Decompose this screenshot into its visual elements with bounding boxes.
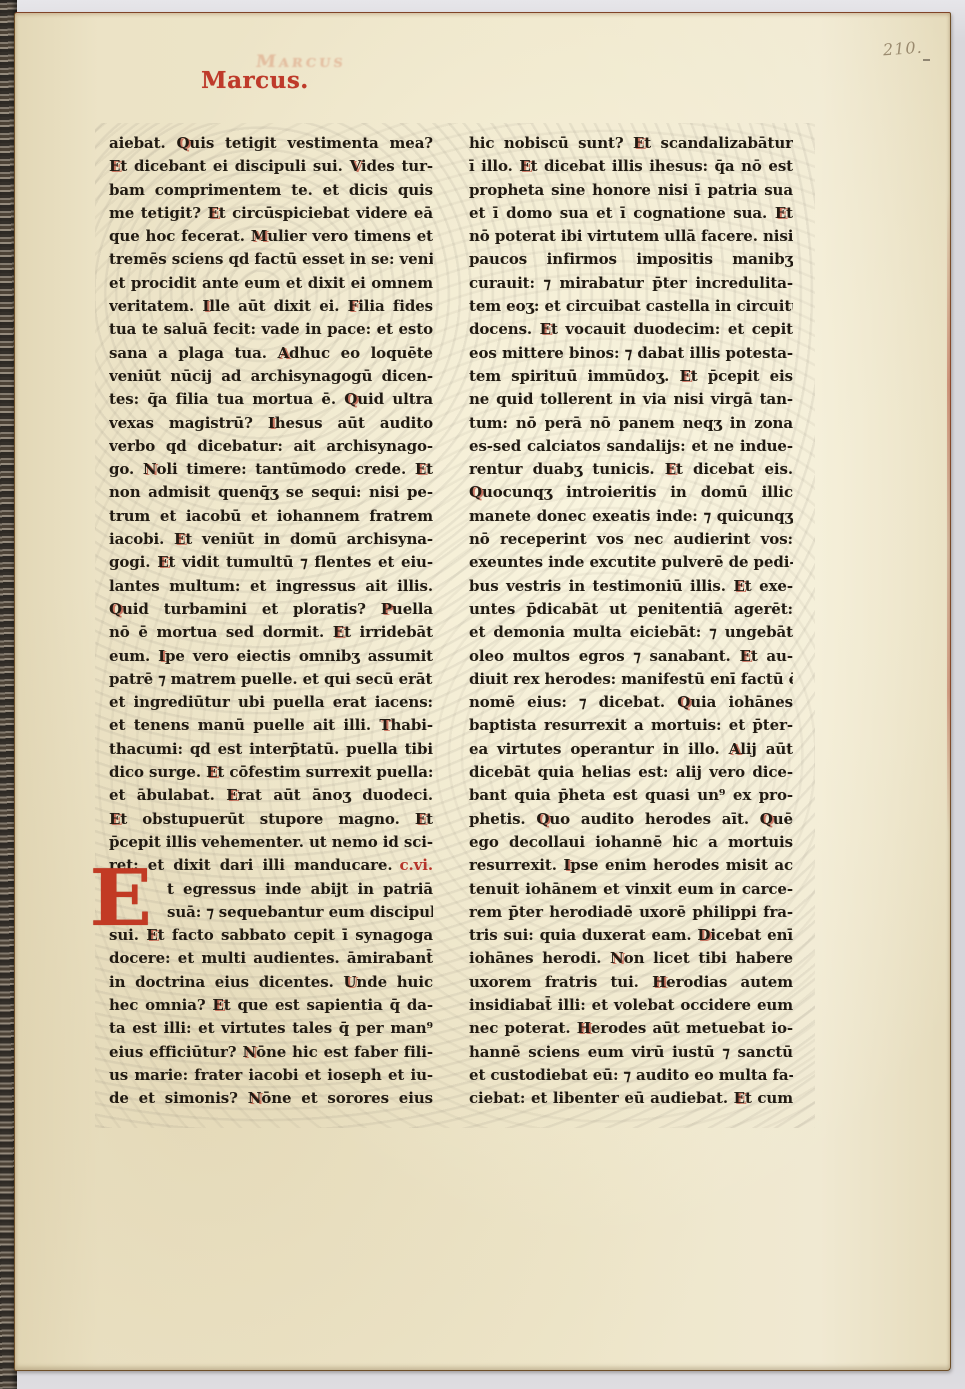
text-line: tes: q̄a filia tua mortua ē. Quid ultra [109, 388, 433, 411]
text-line: et demonia multa eiciebāt: ⁊ ungebāt [469, 621, 793, 644]
text-line: exeuntes inde excutite pulverē de pedi- [469, 551, 793, 574]
text-line: patrē ⁊ matrem puelle. et qui secū erāt: [109, 668, 433, 691]
text-line: et procidit ante eum et dixit ei omnem [109, 272, 433, 295]
text-line: sana a plaga tua. Adhuc eo loquēte [109, 342, 433, 365]
text-line: nec poterat. Herodes aūt metuebat io- [469, 1017, 793, 1040]
vellum-page: Marcus Marcus. 210. E aiebat. Quis tetig… [14, 12, 951, 1371]
text-line: paucos infirmos impositis manibʒ [469, 248, 793, 271]
text-line: t egressus inde abijt in patriā [109, 878, 433, 901]
text-line: tem eoʒ: et circuibat castella in circui… [469, 295, 793, 318]
text-line: non admisit quenq̄ʒ se sequi: nisi pe- [109, 481, 433, 504]
text-line: insidiabat̄ illi: et volebat occidere eu… [469, 994, 793, 1017]
text-line: baptista resurrexit a mortuis: et p̄ter- [469, 714, 793, 737]
column-left: E aiebat. Quis tetigit vestimenta mea?Et… [109, 132, 433, 1110]
text-line: bam comprimentem te. et dicis quis [109, 179, 433, 202]
text-line: diuit rex herodes: manifestū enī factū ē [469, 668, 793, 691]
text-line: me tetigit? Et circūspiciebat videre eā [109, 202, 433, 225]
text-line: nō poterat ibi virtutem ullā facere. nis… [469, 225, 793, 248]
text-line: ī illo. Et dicebat illis ihesus: q̄a nō … [469, 155, 793, 178]
red-stained-edge [947, 193, 951, 833]
text-line: gogi. Et vidit tumultū ⁊ flentes et eiu- [109, 551, 433, 574]
running-title-ghost-offset: Marcus [200, 52, 402, 72]
text-line: suā: ⁊ sequebantur eum discipuli [109, 901, 433, 924]
text-line: docens. Et vocauit duodecim: et cepit [469, 318, 793, 341]
text-line: sui. Et facto sabbato cepit ī synagoga [109, 924, 433, 947]
text-line: et ābulabat. Erat aūt ānoʒ duodeci. [109, 784, 433, 807]
text-line: eius efficiūtur? Nōne hic est faber fili… [109, 1041, 433, 1064]
text-line: que hoc fecerat. Mulier vero timens et [109, 225, 433, 248]
text-line: phetis. Quo audito herodes aīt. Quē [469, 808, 793, 831]
text-line: de et simonis? Nōne et sorores eius [109, 1087, 433, 1110]
text-line: nō ē mortua sed dormit. Et irridebāt [109, 621, 433, 644]
text-line: Et obstupuerūt stupore magno. Et [109, 808, 433, 831]
text-line: tremēs sciens qd factū esset in se: veni… [109, 248, 433, 271]
text-line: eum. Ipe vero eiectis omnibʒ assumit [109, 645, 433, 668]
folio-number: 210. [882, 38, 923, 60]
text-line: docere: et multi audientes. āmirabant̄ [109, 947, 433, 970]
text-line: curauit: ⁊ mirabatur p̄ter incredulita- [469, 272, 793, 295]
text-line: go. Noli timere: tantūmodo crede. Et [109, 458, 433, 481]
text-line: uxorem fratris tui. Herodias autem [469, 971, 793, 994]
text-line: rentur duabʒ tunicis. Et dicebat eis. [469, 458, 793, 481]
text-line: us marie: frater iacobi et ioseph et iu- [109, 1064, 433, 1087]
text-line: tenuit iohānem et vinxit eum in carce- [469, 878, 793, 901]
manuscript-scan: Marcus Marcus. 210. E aiebat. Quis tetig… [0, 0, 965, 1389]
text-line: vexas magistrū? Ihesus aūt audito [109, 412, 433, 435]
text-line: untes p̄dicabāt ut penitentiā agerēt: [469, 598, 793, 621]
text-line: oleo multos egros ⁊ sanabant. Et au- [469, 645, 793, 668]
text-line: resurrexit. Ipse enim herodes misit ac [469, 854, 793, 877]
text-line: tua te saluā fecit: vade in pace: et est… [109, 318, 433, 341]
text-line: hec omnia? Et que est sapientia q̄ da- [109, 994, 433, 1017]
text-line: et ingrediūtur ubi puella erat iacens: [109, 691, 433, 714]
running-title: Marcus Marcus. [15, 67, 495, 94]
text-line: tris sui: quia duxerat eam. Dicebat enī [469, 924, 793, 947]
text-line: Quocunqʒ introieritis in domū illic [469, 481, 793, 504]
text-line: manete donec exeatis inde: ⁊ quicunqʒ [469, 505, 793, 528]
text-line: hannē sciens eum virū iustū ⁊ sanctū [469, 1041, 793, 1064]
text-line: propheta sine honore nisi ī patria sua [469, 179, 793, 202]
text-line: verbo qd dicebatur: ait archisynago- [109, 435, 433, 458]
text-line: ta est illi: et virtutes tales q̄ per ma… [109, 1017, 433, 1040]
text-line: iohānes herodi. Non licet tibi habere [469, 947, 793, 970]
text-line: dico surge. Et cōfestim surrexit puella: [109, 761, 433, 784]
text-line: bant quia p̄heta est quasi un⁹ ex pro- [469, 784, 793, 807]
text-line: in doctrina eius dicentes. Unde huic [109, 971, 433, 994]
text-line: bus vestris in testimoniū illis. Et exe- [469, 575, 793, 598]
text-line: dicebāt quia helias est: alij vero dice- [469, 761, 793, 784]
text-line: veniūt nūcij ad archisynagogū dicen- [109, 365, 433, 388]
text-line: ego decollaui iohannē hic a mortuis [469, 831, 793, 854]
text-line: ret: et dixit dari illi manducare.c.vi. [109, 854, 433, 877]
text-line: eos mittere binos: ⁊ dabat illis potesta… [469, 342, 793, 365]
text-line: ea virtutes operantur in illo. Alij aūt [469, 738, 793, 761]
text-line: ciebat: et libenter eū audiebat. Et cum [469, 1087, 793, 1110]
text-line: trum et iacobū et iohannem fratrem [109, 505, 433, 528]
text-line: rem p̄ter herodiadē uxorē philippi fra- [469, 901, 793, 924]
text-line: aiebat. Quis tetigit vestimenta mea? [109, 132, 433, 155]
column-right: hic nobiscū sunt? Et scandalizabāturī il… [469, 132, 793, 1110]
text-line: nō receperint vos nec audierint vos: [469, 528, 793, 551]
text-line: ne quid tollerent in via nisi virgā tan- [469, 388, 793, 411]
chapter-initial-drop-cap: E [90, 863, 152, 935]
text-line: nomē eius: ⁊ dicebat. Quia iohānes [469, 691, 793, 714]
text-line: Et dicebant ei discipuli sui. Vides tur- [109, 155, 433, 178]
chapter-marker: c.vi. [400, 856, 434, 874]
text-line: lantes multum: et ingressus ait illis. [109, 575, 433, 598]
text-line: et ī domo sua et ī cognatione sua. Et [469, 202, 793, 225]
text-line: p̄cepit illis vehementer. ut nemo id sci… [109, 831, 433, 854]
text-line: tum: nō perā nō panem neqʒ in zona [469, 412, 793, 435]
text-line: et tenens manū puelle ait illi. Thabi- [109, 714, 433, 737]
text-line: veritatem. Ille aūt dixit ei. Filia fide… [109, 295, 433, 318]
text-line: tem spirituū immūdoʒ. Et p̄cepit eis [469, 365, 793, 388]
text-line: Quid turbamini et ploratis? Puella [109, 598, 433, 621]
text-line: hic nobiscū sunt? Et scandalizabātur [469, 132, 793, 155]
text-line: et custodiebat eū: ⁊ audito eo multa fa- [469, 1064, 793, 1087]
text-line: iacobi. Et veniūt in domū archisyna- [109, 528, 433, 551]
text-line: es-sed calciatos sandalijs: et ne indue- [469, 435, 793, 458]
text-line: thacumi: qd est interp̄tatū. puella tibi [109, 738, 433, 761]
margin-mark [923, 59, 930, 61]
